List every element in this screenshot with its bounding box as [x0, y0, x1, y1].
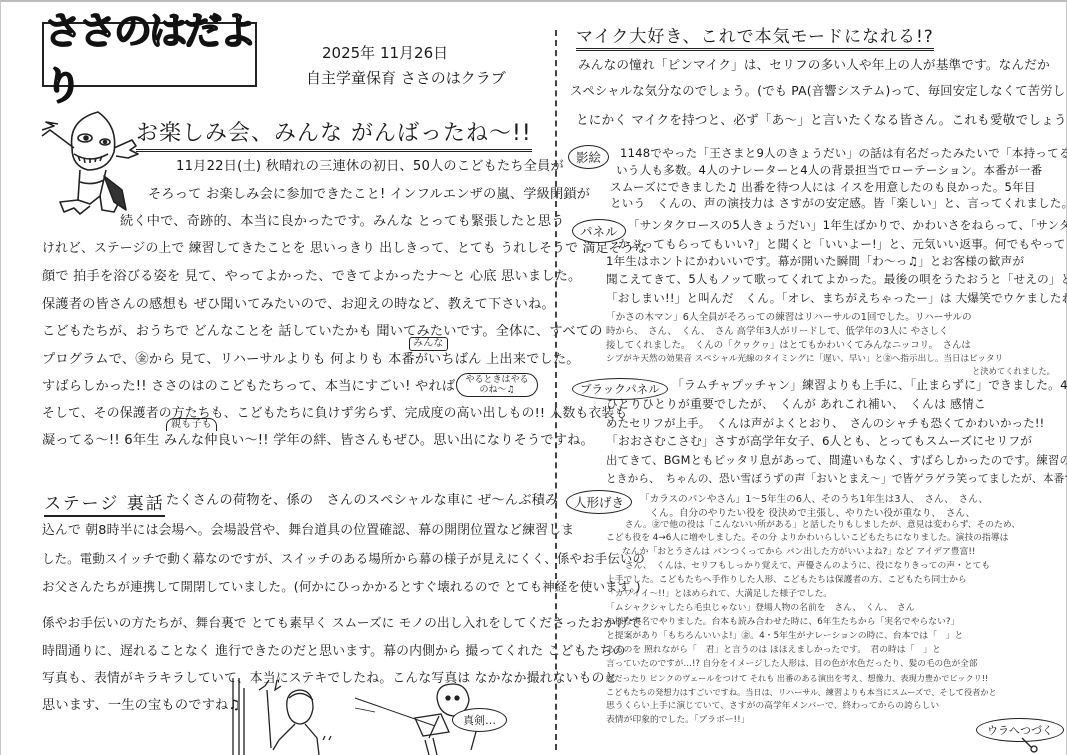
main-article-line: 保護者の皆さんの感想も ぜひ聞いてみたいので、お迎えの時など、教えて下さいね。 — [42, 296, 555, 314]
stage-section-title: ステージ 裏話 — [44, 489, 165, 517]
main-article-line: 11月22日(土) 秋晴れの三連休の初日、50人のこどもたち全員が — [176, 158, 564, 176]
program-line: 「ラムチャプッチャン」練習よりも上手に、「止まらずに」できました。4人でやったの… — [672, 378, 1067, 392]
program-line: なんか「おとうさんは パンつくってから パン出した方がいいよね?」など アイデア… — [622, 547, 975, 558]
tag-kagee: 影絵 — [568, 145, 609, 169]
program-line: めたセリフが上手。 くんは声がよくとおり、 さんのシャチも恐くてかわいかった!! — [606, 416, 1044, 430]
mic-line: スペシャルな気分なのでしょう。(でも PA(音響システム)って、毎回安定しなくて… — [570, 82, 1067, 100]
tag-ningyo-geki: 人形げき — [566, 490, 632, 514]
main-article-line: 凝ってる〜!! 6年生 みんな仲良い〜!! 学年の絆、皆さんもぜひ。思い出になり… — [42, 432, 594, 450]
program-line: こどもたちの発想力はすごいですね。当日は、リハーサル、練習よりも本当にスムーズで… — [606, 687, 997, 698]
program-line: 1148でやった「王さまと9人のきょうだい」の話は有名だったみたいで「本持ってる… — [620, 146, 1067, 160]
program-line: ときから、 ちゃんの、恐い雪ぼうずの声「おいとまえ〜」で皆ゲラゲラ笑ってましたが… — [606, 472, 1067, 486]
program-line: 言っていたのですが…!? 自分をイメージした人形は、目の色が水色だったり、髪の毛… — [606, 659, 977, 670]
stage-line: たくさんの荷物を、係の さんのスペシャルな車に ぜ〜んぶ積み — [166, 492, 558, 510]
callout-oyako: 親も子も — [166, 418, 217, 431]
program-line: 思うくらい上手に演じていて、さすがの高学年メンバーで、終わってからの誇らしい — [606, 701, 939, 712]
program-line: こども役を 4→6人に増やしました。その分 よりかわいらしいこどもたちになりまし… — [606, 533, 1008, 544]
stage-line: お父さんたちが連携して開閉していました。(何かにひっかかるとすぐ壊れるので とて… — [42, 578, 641, 596]
mascot-character-icon — [30, 100, 150, 220]
column-divider — [555, 30, 557, 750]
arrow-icon — [1020, 736, 1040, 754]
main-article-line: 顔で 拍手を浴びる姿を 見て、やってよかった、できてよかったナ〜と 心底 思いま… — [42, 268, 581, 286]
program-line: 聞こえてきて、5人もノッて歌ってくれてよかった。最後の唄をうたおうと「せえの」と… — [606, 272, 1067, 286]
main-article-line: そして、その保護者の方たちも、こどもたちに負けず劣らず、完成度の高い出しもの!!… — [42, 405, 628, 423]
program-line: と決めてくれました。 — [972, 366, 1055, 377]
program-line: スムーズにできました♫ 出番を待つ人には イスを用意したのも良かった。5年目 — [610, 180, 1036, 194]
mic-section-headline: マイク大好き、これで本気モードになれる!? — [576, 22, 934, 51]
main-article-line: そろって お楽しみ会に参加できたこと! インフルエンザの嵐、学級閉鎖が — [148, 186, 590, 204]
stage-line: 込んで 朝8時半には会場へ。会場設営や、舞台道具の位置確認、幕の開閉位置など練習… — [42, 522, 574, 540]
program-line: 「カワイイ〜!!」とほめられて、大満足した様子でした。 — [606, 589, 832, 600]
program-line: さん、 くんは、セリフもしっかり覚えて、声優さんのように、役になりきっての声・と… — [616, 561, 990, 572]
program-line: くん。自分のやりたい役を 役決めで主張し、やりたい役が重なり、 さん、 — [640, 508, 975, 519]
program-line: の様な実名でやりました。台本も読み合わせた時に、6年生たちから「実名でやらない?… — [606, 617, 959, 628]
program-line: という くんの、声の演技力は さすがの安定感。皆「楽しい」と、言ってくれました。 — [610, 196, 1067, 210]
program-line: あるのを 照れながら「 君」と言うのは ほほえましかったです。 君の時は「 」と — [606, 645, 941, 656]
program-line: 「カラスのパンやさん」1〜5年生の6人、そのうち1年生は3人、 さん、 さん、 — [640, 494, 988, 505]
program-line: さん。㊎で他の役は「こんないい所がある」と話したりもしましたが、意見は変わらず、… — [616, 520, 1020, 531]
program-line: 接してくれました。 くんの「クヮクヮ」はとてもかわいくてみんなニッコリ。 さんは — [606, 340, 971, 351]
program-line: 「かさの木マン」6人全員がそろっての練習はリハーサルの1回でした。リハーサルの — [606, 312, 972, 323]
program-line: 表情が印象的でした。「ブラボー!!」 — [606, 715, 749, 726]
program-line: 緑だったり ピンクのヴェールをつけて それも 出番のある演出を考え、想像力、表現… — [606, 673, 988, 684]
stage-line: 時間通りに、遅れることなく 進行できたのだと思います。幕の内側から 撮ってくれた… — [42, 643, 626, 661]
issue-date: 2025年 11月26日 — [322, 42, 448, 63]
program-line: 「ムシャクシャしたら毛虫じゃない」登場人物の名前を さん、 くん、 さん — [606, 603, 915, 614]
program-line: 「サンタクロースの5人きょうだい」1年生ばかりで、かわいさをねらって、「サンタ帽… — [628, 218, 1067, 232]
newsletter-title-box: ささのはだより — [42, 22, 257, 87]
program-line: 「おしまい!!」と叫んだ くん。「オレ、まちがえちゃったー」は 大爆笑でウケまし… — [606, 291, 1067, 305]
program-line: 「おおさむこさむ」さすが高学年女子、6人とも、とってもスムーズにセリフが — [606, 434, 1032, 448]
mic-line: とにかく マイクを持つと、必ず「あ〜」と言いたくなる皆さん。これも愛敬でしょうね… — [576, 111, 1067, 129]
program-line: と提案があり「もちろんいいよ!」㊎。4・5年生がナレーションの時に、台本では「 … — [606, 631, 963, 642]
main-article-line: こどもたちが、おうちで どんなことを 話していたかも 聞いてみたいです。全体に、… — [42, 323, 603, 341]
newsletter-title: ささのはだより — [44, 0, 255, 110]
program-line: シブがキ天然の効果音 スペシャル光線のタイミングに「遅い、早い」と㊎へ指示出し。… — [606, 354, 1003, 365]
main-headline: お楽しみ会、みんな がんばったね〜!! — [136, 116, 532, 152]
stage-line: 思います、一生の宝ものですね♫ — [42, 697, 240, 715]
program-line: 出てきて、BGMともピッタリ息があって、間違いもなく、すばらしかったのです。練習… — [606, 453, 1067, 467]
program-line: ひとりひとりが重要でしたが、 くんが あれこれ補い、 くんは 感情こ — [606, 397, 986, 411]
callout-yaru-toki: やるときはやるのね〜♫ — [456, 373, 538, 397]
mic-line: みんなの憧れ「ピンマイク」は、セリフの多い人や年上の人が基準です。なんだか — [578, 56, 1050, 74]
main-article-line: すばらしかった!! ささのはのこどもたちって、本当にすごい! やればできる!! — [42, 378, 506, 396]
main-article-line: 続く中で、奇跡的、本当に良かったです。みんな とっても緊張したと思う — [120, 213, 565, 231]
main-article-line: プログラムで、㊎から 見て、リハーサルよりも 何よりも 本番が — [42, 351, 428, 369]
speech-bubble-shinken: 真剣… — [452, 708, 507, 732]
organization-name: 自主学童保育 ささのはクラブ — [306, 67, 506, 88]
program-line: 1年生はホントにかわいいです。幕が開いた瞬間「わ〜っ♫」とお客様の歓声が — [606, 254, 1024, 268]
program-line: 上手でした。こどもたちへ手作りした人形、こどもたちは保護者の方、こどもたち同士か… — [606, 575, 967, 586]
program-line: かぶってもらってもいい?」と聞くと「いいよー!」と、元気いい返事。何でもやってく… — [618, 237, 1067, 251]
stage-line: 係やお手伝いの方たちが、舞台裏で とても素早く スムーズに モノの出し入れをして… — [42, 614, 642, 632]
callout-minna: みんな — [409, 337, 448, 351]
program-line: いう人も多数。4人のナレーターと4人の背景担当でローテーション。本番が一番 — [616, 163, 1042, 177]
program-line: 時から、 さん、 くん、 さん 高学年3人がリードして、低学年の3人に やさしく — [606, 326, 948, 337]
